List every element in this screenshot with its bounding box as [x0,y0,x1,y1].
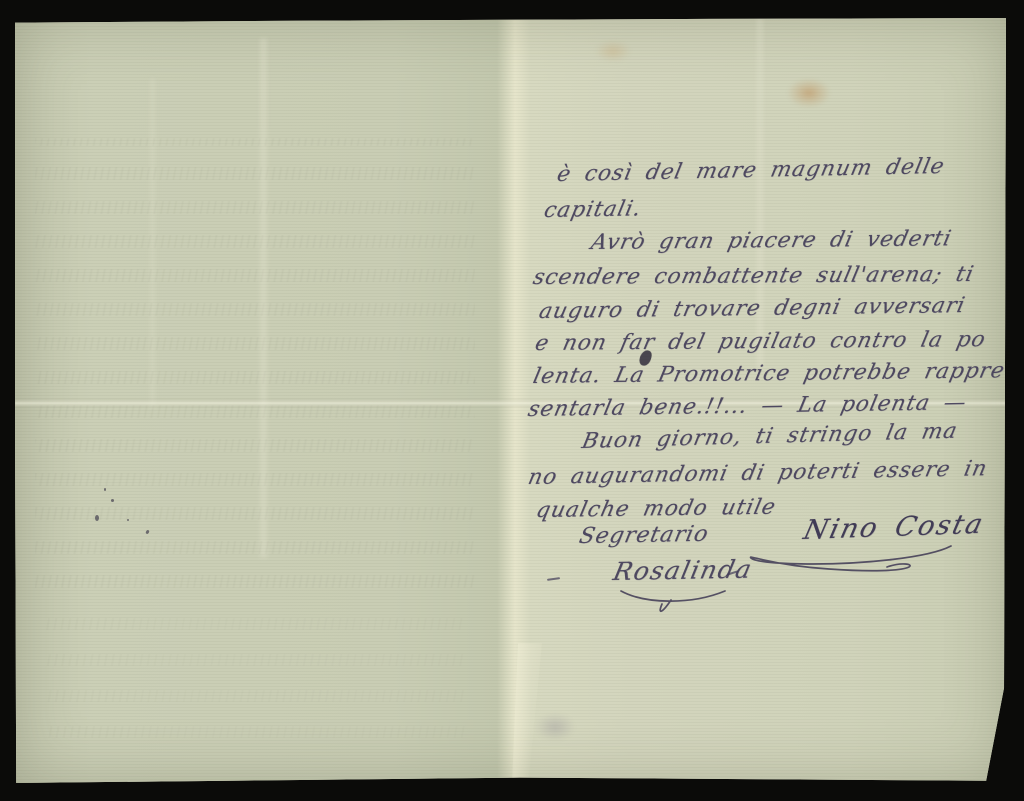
signature-flourish [743,540,958,585]
ink-speck [127,519,129,521]
ink-speck [104,488,106,491]
crease-streak [260,38,267,558]
scanned-letter-photo: è così del mare magnum delle capitali. A… [0,0,1024,801]
handwriting-line: lenta. La Promotrice potrebbe rappre [531,360,1007,387]
handwriting-line: auguro di trovare degni avversari [537,295,967,322]
handwriting-line: Buon giorno, ti stringo la ma [580,421,960,453]
pen-dash [547,577,560,580]
ink-showthrough-texture [45,598,465,738]
foxing-stain [595,40,631,62]
foxing-stain [787,78,831,108]
ink-speck [95,515,99,521]
ink-speck [111,499,114,502]
handwriting-line: è così del mare magnum delle [555,156,947,186]
ink-showthrough-texture [35,138,475,588]
center-fold-highlight [512,643,542,783]
handwriting-line: no augurandomi di poterti essere in [526,458,989,488]
closing-role: Segretario [577,524,711,548]
handwriting-line: e non far del pugilato contro la po [533,329,988,354]
handwriting-line: qualche modo utile [534,497,778,522]
name-flourish [613,588,733,618]
ink-smudge [535,713,575,741]
crease-streak [150,78,155,408]
handwriting-line: sentarla bene.!!... — La polenta — [526,392,969,420]
handwriting-line: scendere combattente sull'arena; ti [531,264,976,289]
handwriting-line: Avrò gran piacere di vederti [589,228,954,253]
handwriting-line: capitali. [542,198,644,221]
letter-sheet: è così del mare magnum delle capitali. A… [15,18,1007,783]
secretary-name: Rosalinda [611,557,755,584]
